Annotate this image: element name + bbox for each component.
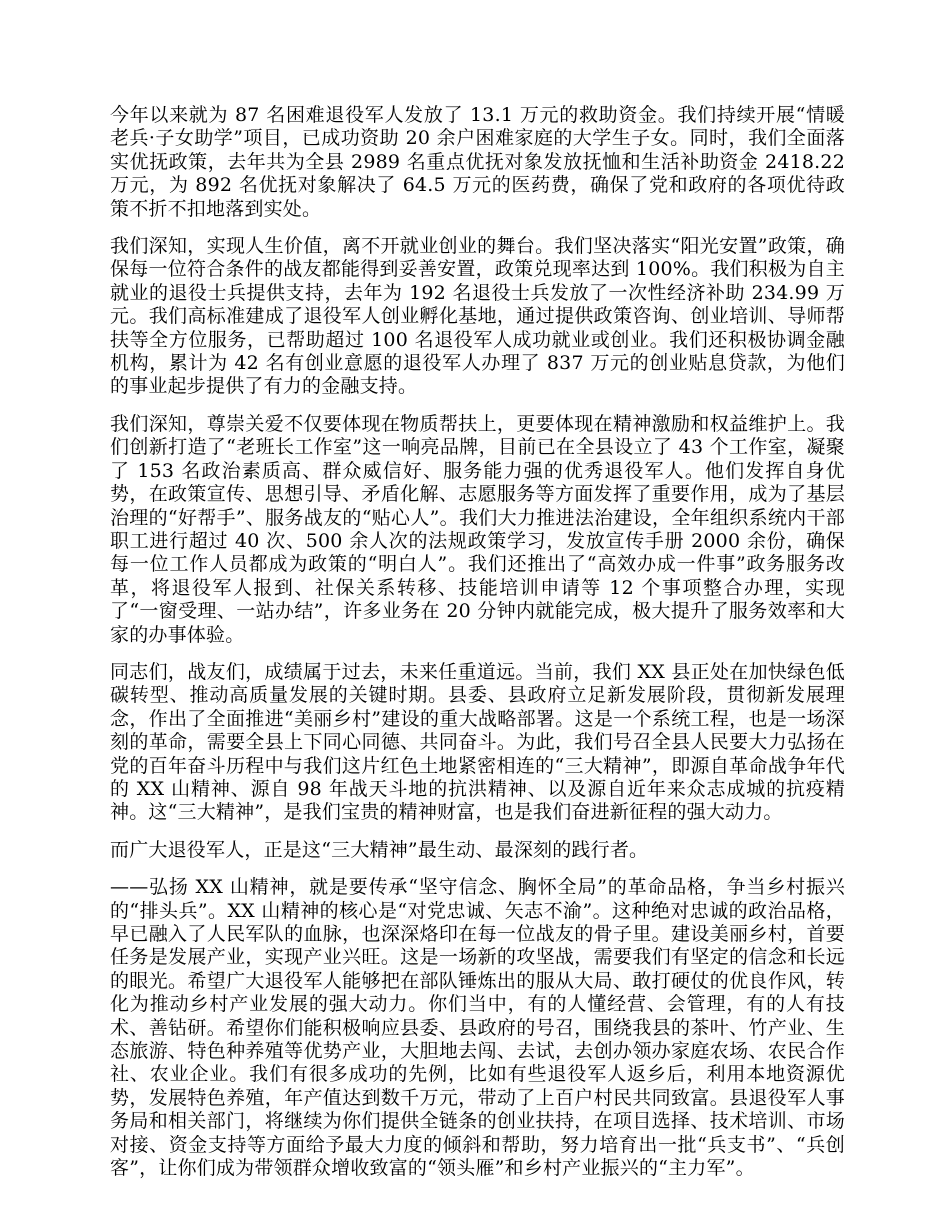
- document-body: 今年以来就为 87 名困难退役军人发放了 13.1 万元的救助资金。我们持续开展…: [110, 104, 845, 1180]
- paragraph-respect-care: 我们深知，尊崇关爱不仅要体现在物质帮扶上，更要体现在精神激励和权益维护上。我们创…: [110, 413, 845, 647]
- paragraph-relief-funds: 今年以来就为 87 名困难退役军人发放了 13.1 万元的救助资金。我们持续开展…: [110, 104, 845, 221]
- paragraph-spirit-promotion: ——弘扬 XX 山精神，就是要传承“坚守信念、胸怀全局”的革命品格，争当乡村振兴…: [110, 876, 845, 1180]
- paragraph-comrades-outlook: 同志们，战友们，成绩属于过去，未来任重道远。当前，我们 XX 县正处在加快绿色低…: [110, 661, 845, 825]
- document-page: 今年以来就为 87 名困难退役军人发放了 13.1 万元的救助资金。我们持续开展…: [0, 0, 950, 1230]
- paragraph-employment: 我们深知，实现人生价值，离不开就业创业的舞台。我们坚决落实“阳光安置”政策，确保…: [110, 235, 845, 399]
- paragraph-veterans-practitioners: 而广大退役军人，正是这“三大精神”最生动、最深刻的践行者。: [110, 839, 845, 862]
